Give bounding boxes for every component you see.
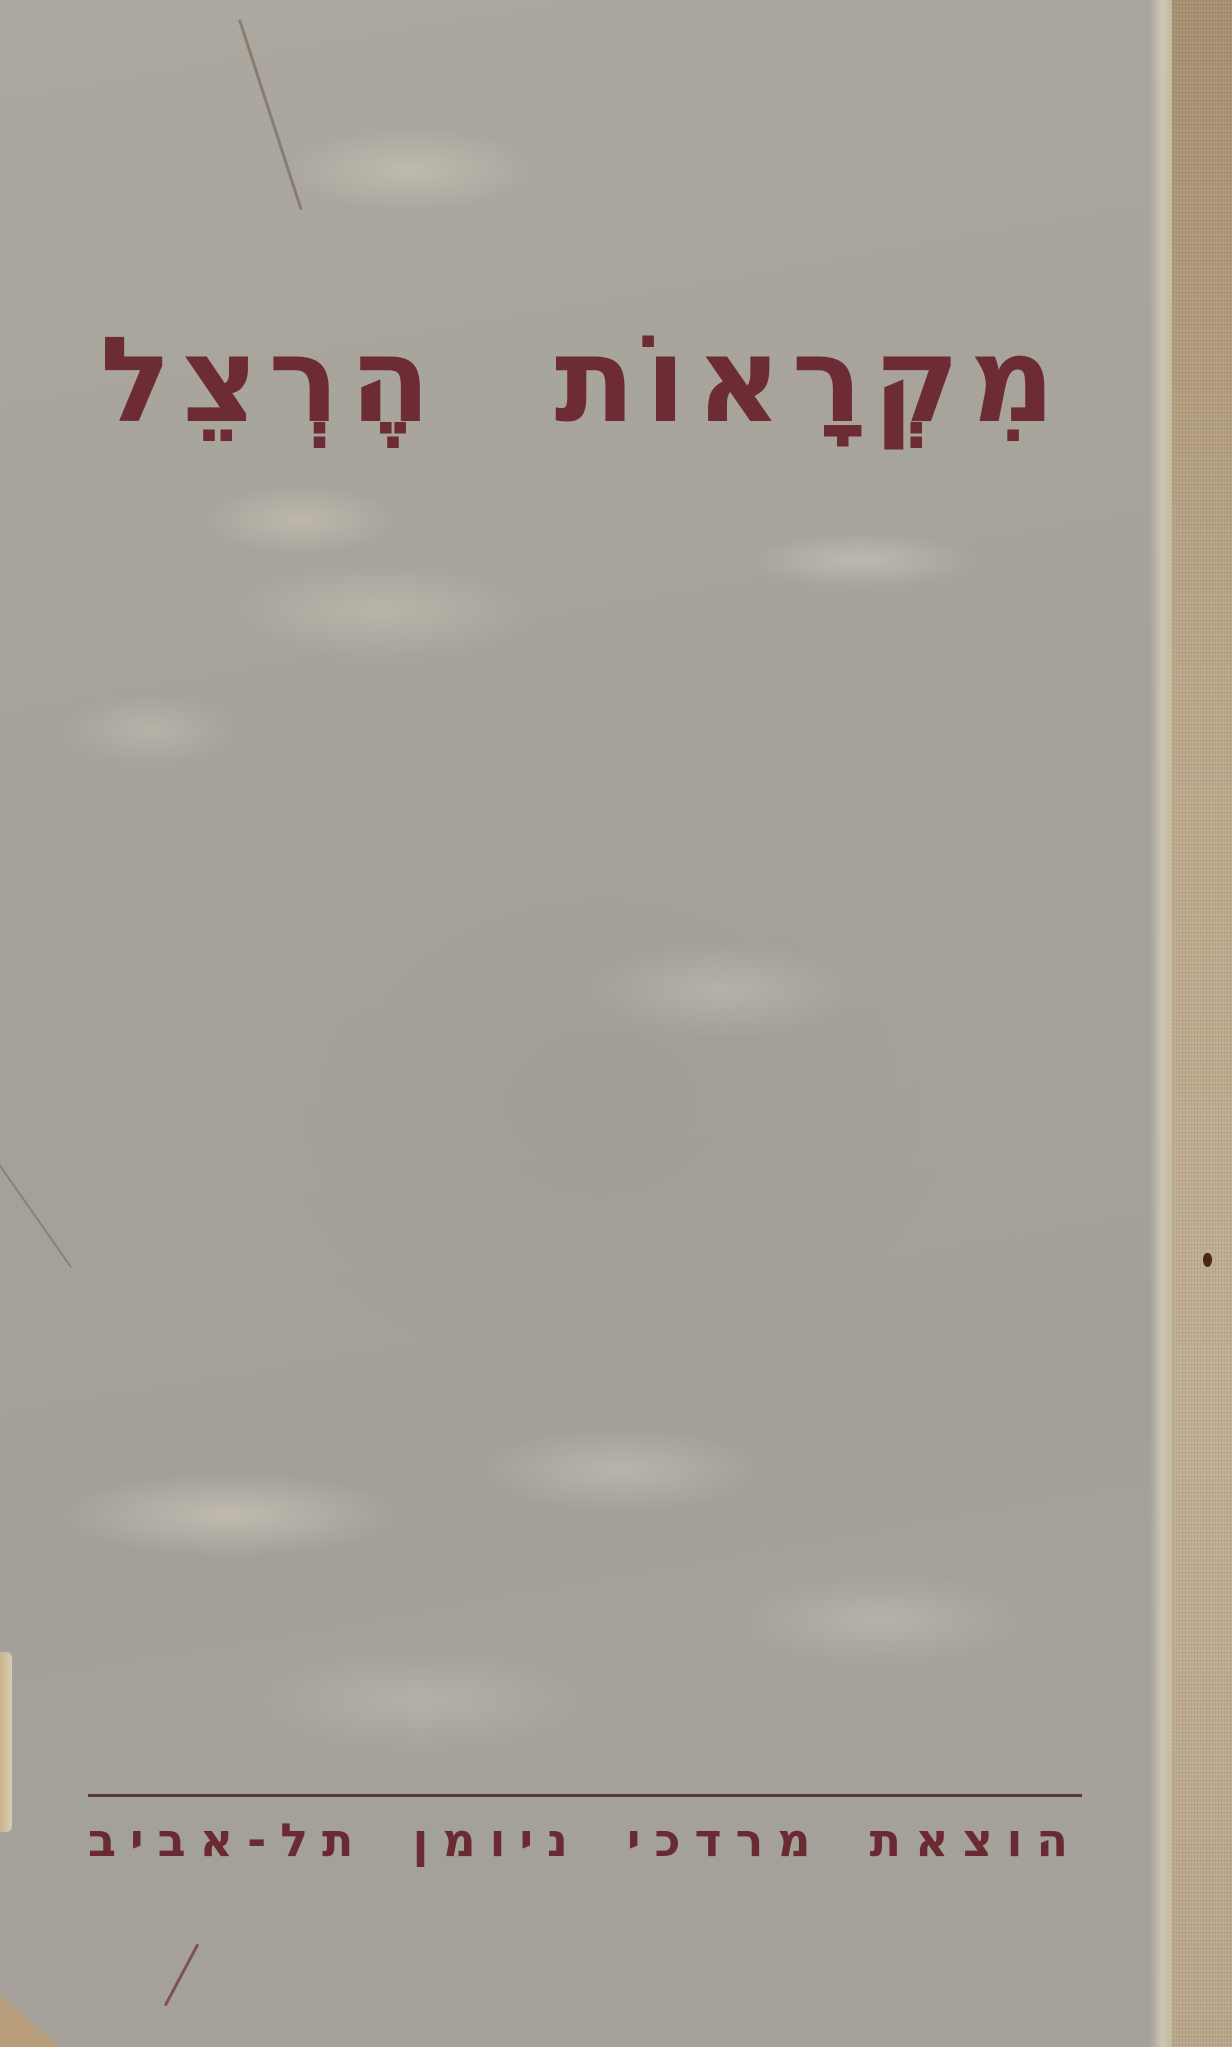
cover-scratch (238, 19, 303, 210)
divider-rule (88, 1794, 1082, 1797)
cover-scratch (164, 1943, 200, 2006)
cover-edge (1150, 0, 1172, 2047)
cloth-spine (1170, 0, 1232, 2047)
spine-stain (1203, 1253, 1212, 1267)
edge-wear (0, 1652, 12, 1832)
corner-wear (0, 1995, 70, 2047)
book-cover-photo: מִקְרָאוֹת הֶרְצֵל הוצאת מרדכי ניומן תל-… (0, 0, 1232, 2047)
book-title: מִקְרָאוֹת הֶרְצֵל (100, 290, 1065, 470)
cover-board: מִקְרָאוֹת הֶרְצֵל הוצאת מרדכי ניומן תל-… (0, 0, 1170, 2047)
publisher-imprint: הוצאת מרדכי ניומן תל-אביב (88, 1812, 1082, 1868)
cover-scratch (0, 1152, 72, 1268)
